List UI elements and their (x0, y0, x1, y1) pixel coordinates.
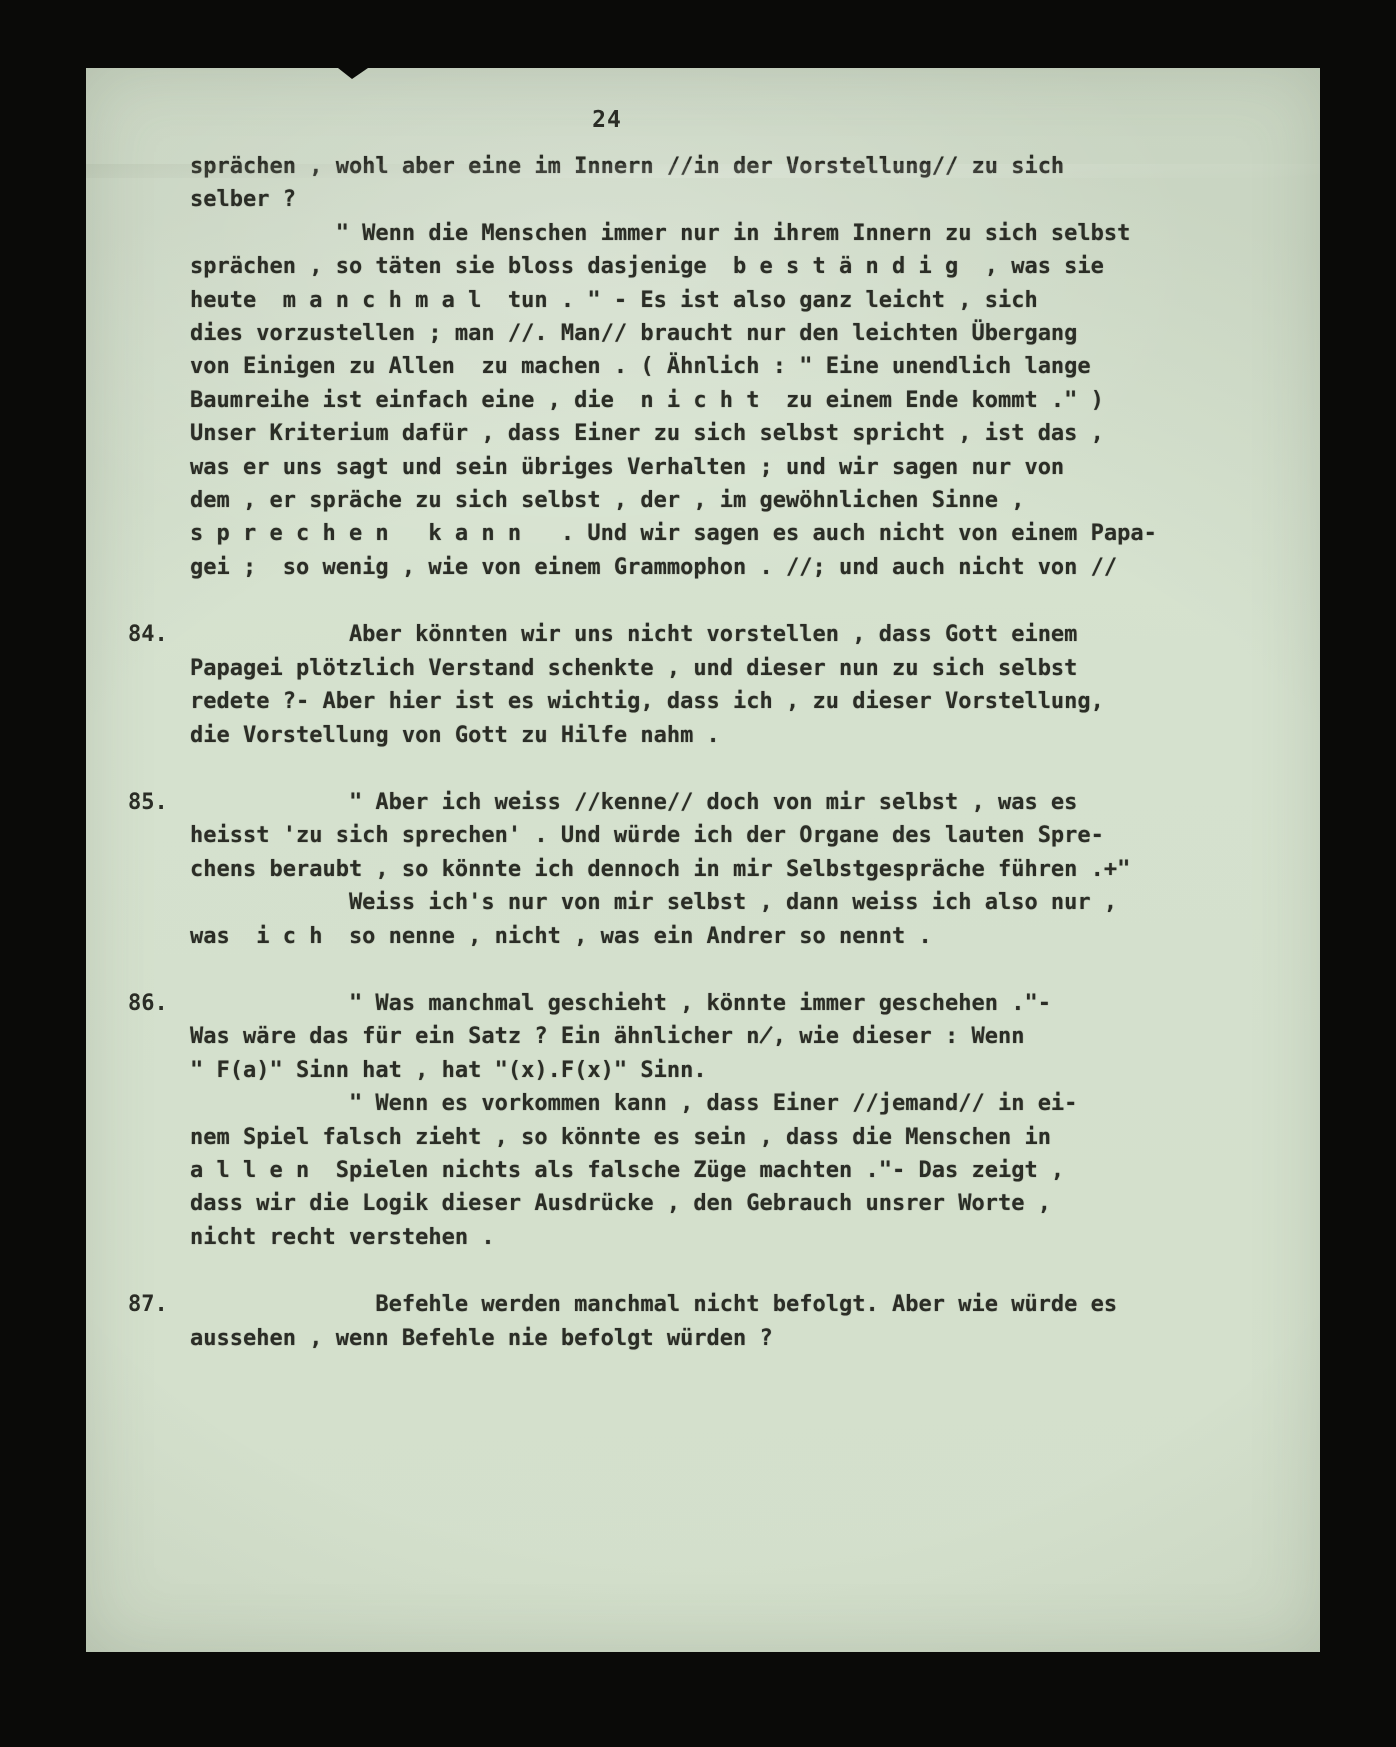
scan-background: { "colors": { "background": "#0a0a08", "… (0, 0, 1396, 1747)
section-84: 84. Aber könnten wir uns nicht vorstelle… (128, 618, 1292, 752)
text-line: " Wenn es vorkommen kann , dass Einer //… (190, 1087, 1292, 1120)
section-85: 85. " Aber ich weiss //kenne// doch von … (128, 786, 1292, 953)
section-number: 87. (128, 1288, 190, 1355)
text-line: " Was manchmal geschieht , könnte immer … (190, 987, 1292, 1020)
section-number: 85. (128, 786, 190, 953)
text-line: " Aber ich weiss //kenne// doch von mir … (190, 786, 1292, 819)
section-number (128, 150, 190, 584)
text-line: Was wäre das für ein Satz ? Ein ähnliche… (190, 1020, 1292, 1053)
text-line: heute m a n c h m a l tun . " - Es ist a… (190, 284, 1292, 317)
text-line: Weiss ich's nur von mir selbst , dann we… (190, 886, 1292, 919)
text-line: selber ? (190, 183, 1292, 216)
section-text: Befehle werden manchmal nicht befolgt. A… (190, 1288, 1292, 1355)
text-line: Befehle werden manchmal nicht befolgt. A… (190, 1288, 1292, 1321)
text-line: dass wir die Logik dieser Ausdrücke , de… (190, 1187, 1292, 1220)
text-line: " Wenn die Menschen immer nur in ihrem I… (190, 217, 1292, 250)
text-line: nem Spiel falsch zieht , so könnte es se… (190, 1121, 1292, 1154)
text-line: die Vorstellung von Gott zu Hilfe nahm . (190, 719, 1292, 752)
page-number: 24 (86, 104, 1320, 137)
section-number: 86. (128, 987, 190, 1254)
section-87: 87. Befehle werden manchmal nicht befolg… (128, 1288, 1292, 1355)
text-line: Baumreihe ist einfach eine , die n i c h… (190, 384, 1292, 417)
text-line: a l l e n Spielen nichts als falsche Züg… (190, 1154, 1292, 1187)
text-line: Unser Kriterium dafür , dass Einer zu si… (190, 417, 1292, 450)
section-text: " Aber ich weiss //kenne// doch von mir … (190, 786, 1292, 953)
text-line: was er uns sagt und sein übriges Verhalt… (190, 451, 1292, 484)
page-body: sprächen , wohl aber eine im Innern //in… (86, 150, 1320, 1355)
text-line: was i c h so nenne , nicht , was ein And… (190, 920, 1292, 953)
section-number: 84. (128, 618, 190, 752)
section-86: 86. " Was manchmal geschieht , könnte im… (128, 987, 1292, 1254)
text-line: chens beraubt , so könnte ich dennoch in… (190, 853, 1292, 886)
text-line: redete ?- Aber hier ist es wichtig, dass… (190, 685, 1292, 718)
section-text: Aber könnten wir uns nicht vorstellen , … (190, 618, 1292, 752)
text-line: s p r e c h e n k a n n . Und wir sagen … (190, 517, 1292, 550)
section-text: " Was manchmal geschieht , könnte immer … (190, 987, 1292, 1254)
section-text: sprächen , wohl aber eine im Innern //in… (190, 150, 1292, 584)
paper-edge-notch (338, 68, 368, 79)
text-line: dies vorzustellen ; man //. Man// brauch… (190, 317, 1292, 350)
typescript-page: 24 sprächen , wohl aber eine im Innern /… (86, 68, 1320, 1652)
text-line: Papagei plötzlich Verstand schenkte , un… (190, 652, 1292, 685)
text-line: Aber könnten wir uns nicht vorstellen , … (190, 618, 1292, 651)
text-line: sprächen , so täten sie bloss dasjenige … (190, 250, 1292, 283)
text-line: nicht recht verstehen . (190, 1221, 1292, 1254)
text-line: von Einigen zu Allen zu machen . ( Ähnli… (190, 350, 1292, 383)
text-line: dem , er spräche zu sich selbst , der , … (190, 484, 1292, 517)
text-line: aussehen , wenn Befehle nie befolgt würd… (190, 1322, 1292, 1355)
text-line: gei ; so wenig , wie von einem Grammopho… (190, 551, 1292, 584)
text-line: " F(a)" Sinn hat , hat "(x).F(x)" Sinn. (190, 1054, 1292, 1087)
section-continuation: sprächen , wohl aber eine im Innern //in… (128, 150, 1292, 584)
text-line: sprächen , wohl aber eine im Innern //in… (190, 150, 1292, 183)
text-line: heisst 'zu sich sprechen' . Und würde ic… (190, 819, 1292, 852)
